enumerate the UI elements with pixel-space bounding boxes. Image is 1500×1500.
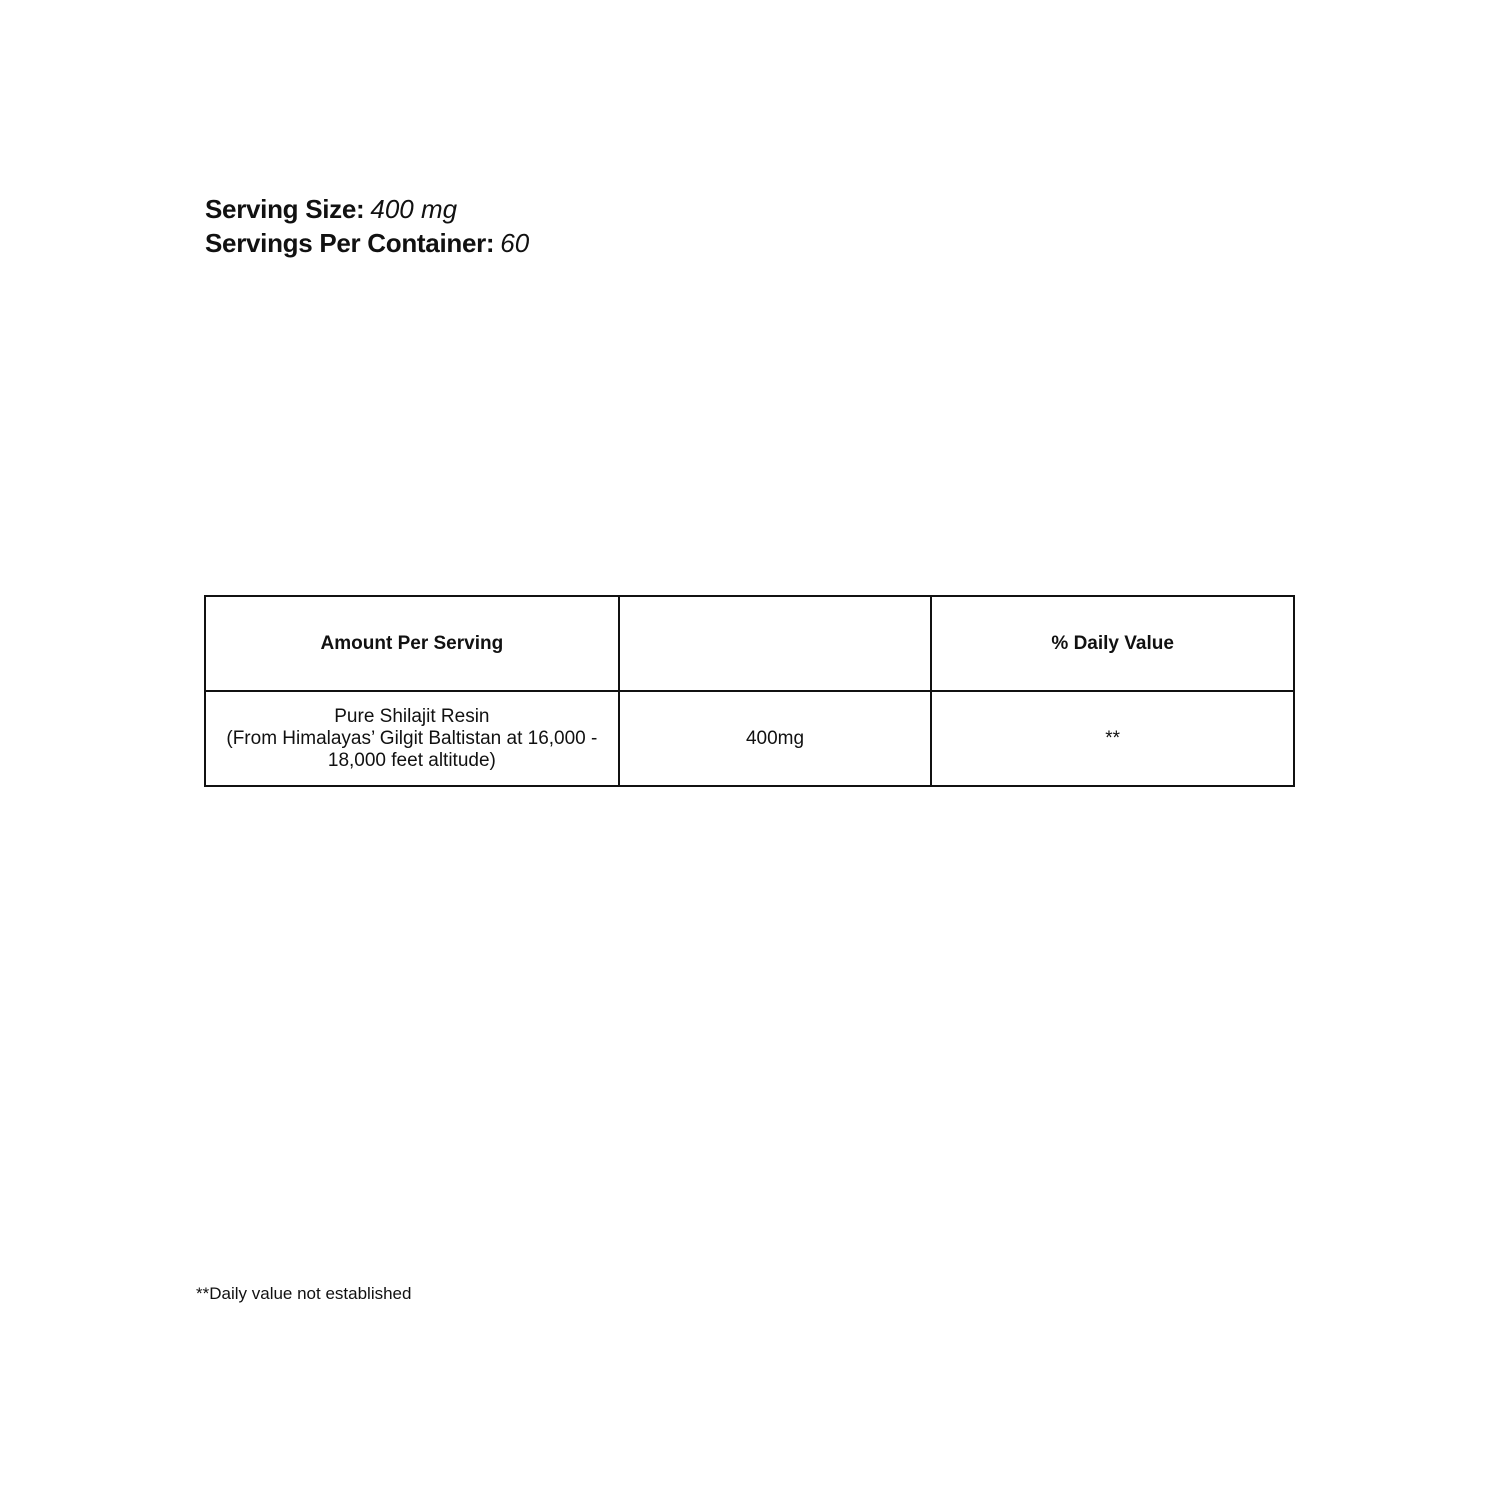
servings-per-container-label: Servings Per Container: <box>205 228 494 258</box>
header-amount-per-serving: Amount Per Serving <box>205 596 619 691</box>
servings-per-container: Servings Per Container:60 <box>205 226 529 260</box>
ingredient-cell: Pure Shilajit Resin (From Himalayas’ Gil… <box>205 691 619 786</box>
amount-cell: 400mg <box>619 691 932 786</box>
ingredient-source: (From Himalayas’ Gilgit Baltistan at 16,… <box>214 728 610 772</box>
serving-size-value: 400 mg <box>370 194 457 224</box>
table-row: Pure Shilajit Resin (From Himalayas’ Gil… <box>205 691 1294 786</box>
daily-value-cell: ** <box>931 691 1294 786</box>
serving-info: Serving Size:400 mg Servings Per Contain… <box>205 192 529 260</box>
header-daily-value: % Daily Value <box>931 596 1294 691</box>
table-header-row: Amount Per Serving % Daily Value <box>205 596 1294 691</box>
footnote: **Daily value not established <box>196 1284 411 1304</box>
ingredient-name: Pure Shilajit Resin <box>214 706 610 728</box>
servings-per-container-value: 60 <box>500 228 529 258</box>
supplement-facts-table: Amount Per Serving % Daily Value Pure Sh… <box>204 595 1295 787</box>
serving-size: Serving Size:400 mg <box>205 192 529 226</box>
serving-size-label: Serving Size: <box>205 194 364 224</box>
header-amount <box>619 596 932 691</box>
